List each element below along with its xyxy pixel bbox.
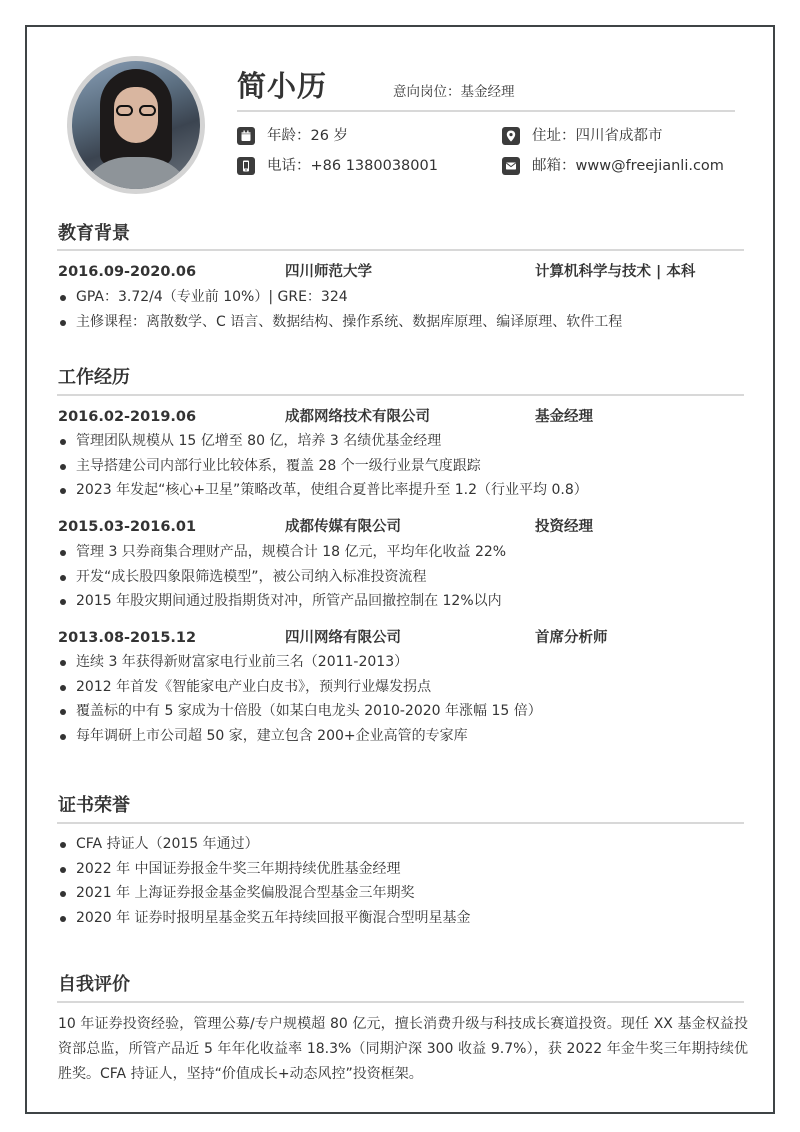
- certificate-list: CFA 持证人（2015 年通过） 2022 年 中国证券报金牛奖三年期持续优胜…: [58, 832, 748, 930]
- work-entry-header: 2016.02-2019.06 成都网络技术有限公司 基金经理: [58, 407, 748, 427]
- header-divider: [237, 110, 735, 112]
- list-item: 管理团队规模从 15 亿增至 80 亿，培养 3 名绩优基金经理: [58, 429, 748, 454]
- work-bullets: 连续 3 年获得新财富家电行业前三名（2011-2013） 2012 年首发《智…: [58, 650, 748, 748]
- work-company: 成都网络技术有限公司: [285, 407, 430, 427]
- work-role: 投资经理: [535, 517, 593, 537]
- section-title-self-evaluation: 自我评价: [58, 973, 130, 997]
- section-title-education: 教育背景: [58, 222, 130, 246]
- self-evaluation-text: 10 年证券投资经验，管理公募/专户规模超 80 亿元，擅长消费升级与科技成长赛…: [58, 1012, 748, 1087]
- info-address: 住址：四川省成都市: [502, 126, 663, 146]
- email-value: 邮箱：www@freejianli.com: [532, 156, 724, 176]
- age-value: 年龄：26 岁: [267, 126, 348, 146]
- list-item: 2021 年 上海证券报金基金奖偏股混合型基金三年期奖: [58, 881, 748, 906]
- list-item: 2022 年 中国证券报金牛奖三年期持续优胜基金经理: [58, 857, 748, 882]
- calendar-icon: [237, 127, 255, 145]
- phone-icon: [237, 157, 255, 175]
- section-title-certificates: 证书荣誉: [58, 794, 130, 818]
- section-title-work: 工作经历: [58, 366, 130, 390]
- list-item: CFA 持证人（2015 年通过）: [58, 832, 748, 857]
- info-age: 年龄：26 岁: [237, 126, 348, 146]
- section-divider: [57, 822, 744, 824]
- work-period: 2016.02-2019.06: [58, 407, 196, 427]
- work-period: 2013.08-2015.12: [58, 628, 196, 648]
- info-phone: 电话：+86 1380038001: [237, 156, 438, 176]
- section-divider: [57, 249, 744, 251]
- avatar: [67, 56, 205, 194]
- education-school: 四川师范大学: [285, 262, 372, 282]
- work-role: 基金经理: [535, 407, 593, 427]
- candidate-name: 简小历: [237, 66, 327, 106]
- list-item: 2020 年 证券时报明星基金奖五年持续回报平衡混合型明星基金: [58, 906, 748, 931]
- info-email: 邮箱：www@freejianli.com: [502, 156, 724, 176]
- list-item: GPA：3.72/4（专业前 10%）| GRE：324: [58, 285, 748, 310]
- list-item: 每年调研上市公司超 50 家，建立包含 200+企业高管的专家库: [58, 724, 748, 749]
- list-item: 主导搭建公司内部行业比较体系，覆盖 28 个一级行业景气度跟踪: [58, 454, 748, 479]
- list-item: 连续 3 年获得新财富家电行业前三名（2011-2013）: [58, 650, 748, 675]
- work-bullets: 管理团队规模从 15 亿增至 80 亿，培养 3 名绩优基金经理 主导搭建公司内…: [58, 429, 748, 503]
- education-period: 2016.09-2020.06: [58, 262, 196, 282]
- list-item: 覆盖标的中有 5 家成为十倍股（如某白电龙头 2010-2020 年涨幅 15 …: [58, 699, 748, 724]
- work-role: 首席分析师: [535, 628, 608, 648]
- list-item: 开发“成长股四象限筛选模型”，被公司纳入标准投资流程: [58, 565, 748, 590]
- work-entry-header: 2015.03-2016.01 成都传媒有限公司 投资经理: [58, 517, 748, 537]
- list-item: 2023 年发起“核心+卫星”策略改革，使组合夏普比率提升至 1.2（行业平均 …: [58, 478, 748, 503]
- work-entry-header: 2013.08-2015.12 四川网络有限公司 首席分析师: [58, 628, 748, 648]
- work-bullets: 管理 3 只券商集合理财产品，规模合计 18 亿元，平均年化收益 22% 开发“…: [58, 540, 748, 614]
- phone-value: 电话：+86 1380038001: [267, 156, 438, 176]
- work-company: 成都传媒有限公司: [285, 517, 401, 537]
- education-entry-header: 2016.09-2020.06 四川师范大学 计算机科学与技术 | 本科: [58, 262, 748, 282]
- education-major: 计算机科学与技术 | 本科: [535, 262, 695, 282]
- list-item: 管理 3 只券商集合理财产品，规模合计 18 亿元，平均年化收益 22%: [58, 540, 748, 565]
- work-company: 四川网络有限公司: [285, 628, 401, 648]
- location-pin-icon: [502, 127, 520, 145]
- section-divider: [57, 394, 744, 396]
- address-value: 住址：四川省成都市: [532, 126, 663, 146]
- section-divider: [57, 1001, 744, 1003]
- job-intent: 意向岗位：基金经理: [393, 82, 515, 102]
- list-item: 2015 年股灾期间通过股指期货对冲，所管产品回撤控制在 12%以内: [58, 589, 748, 614]
- education-bullets: GPA：3.72/4（专业前 10%）| GRE：324 主修课程：离散数学、C…: [58, 285, 748, 334]
- work-period: 2015.03-2016.01: [58, 517, 196, 537]
- mail-icon: [502, 157, 520, 175]
- list-item: 主修课程：离散数学、C 语言、数据结构、操作系统、数据库原理、编译原理、软件工程: [58, 310, 748, 335]
- list-item: 2012 年首发《智能家电产业白皮书》，预判行业爆发拐点: [58, 675, 748, 700]
